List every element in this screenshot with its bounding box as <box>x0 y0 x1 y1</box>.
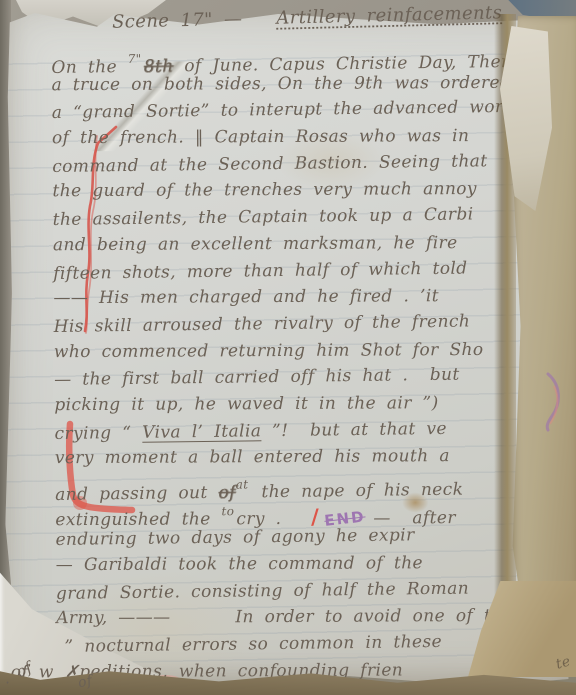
inserted-text: to <box>221 504 234 518</box>
handwritten-text: and being an excellent marksman, he fire <box>53 233 458 255</box>
handwritten-text: —— His men charged and he fired . ’it <box>53 286 439 308</box>
manuscript-line: picking it up, he waved it in the air ”) <box>54 390 506 419</box>
handwritten-text: ” nocturnal errors so common in these <box>64 632 442 657</box>
text-fragment: of <box>76 673 93 692</box>
handwritten-text: Army, ——— In order to avoid one of tho <box>56 606 513 628</box>
handwritten-text: — Garibaldi took the command of the <box>56 553 423 575</box>
manuscript-line: —— His men charged and he fired . ’it <box>53 283 505 312</box>
manuscript-line: of the french. ‖ Captain Rosas who was i… <box>52 123 504 152</box>
manuscript-line: His skill arroused the rivalry of the fr… <box>53 308 505 341</box>
manuscript-line: On the 7"8th of June. Capus Christie Day… <box>51 41 503 74</box>
manuscript-line: and passing out ofat the nape of his nec… <box>55 468 507 501</box>
handwritten-text: His skill arroused the rivalry of the fr… <box>54 311 471 336</box>
inserted-text: 7" <box>128 52 142 66</box>
handwritten-text: ”! but at that ve <box>261 418 447 440</box>
manuscript-line: a “grand Sortie” to interupt the advance… <box>52 94 504 127</box>
manuscript-line: the assailents, the Captain took up a Ca… <box>53 201 505 234</box>
handwritten-text: command at the Second Bastion. Seeing th… <box>52 151 488 177</box>
handwritten-text: picking it up, he waved it in the air ”) <box>54 393 438 415</box>
manuscript-line: — Garibaldi took the command of the <box>56 550 508 579</box>
handwritten-text: the guard of the trenches very much anno… <box>52 179 477 201</box>
handwritten-text: very moment a ball entered his mouth a <box>55 446 450 468</box>
purple-pencil-mark <box>540 372 570 432</box>
manuscript-line: and being an excellent marksman, he fire <box>53 230 505 259</box>
handwritten-text: a truce on both sides, On the 9th was or… <box>52 72 512 94</box>
manuscript-lines: On the 7"8th of June. Capus Christie Day… <box>51 42 509 686</box>
handwritten-text: who commenced returning him Shot for Sho <box>54 339 484 361</box>
handwritten-text: enduring two days of agony he expir <box>55 526 414 551</box>
inserted-text: at <box>236 477 249 491</box>
manuscript-line: enduring two days of agony he expir <box>55 521 507 554</box>
handwritten-text: — the first ball carried off his hat . b… <box>54 365 460 390</box>
manuscript-line: very moment a ball entered his mouth a <box>55 443 507 472</box>
handwritten-text: the assailents, the Captain took up a Ca… <box>53 205 474 231</box>
handwritten-text: of the french. ‖ Captain Rosas who was i… <box>52 126 469 148</box>
handwritten-text: fifteen shots, more than half of which t… <box>53 258 468 283</box>
handwritten-text: crying “ <box>54 422 142 443</box>
manuscript-line: ” nocturnal errors so common in these <box>64 628 508 660</box>
handwritten-text: grand Sortie. consisting of half the Rom… <box>56 578 469 603</box>
scanned-page: Scene 17" —Artillery reinfacements On th… <box>0 0 576 695</box>
handwritten-text: a “grand Sortie” to interupt the advance… <box>52 97 515 123</box>
manuscript-line: — the first ball carried off his hat . b… <box>54 361 506 394</box>
underlined-text: Viva l’ Italia <box>142 421 261 443</box>
scene-label: Scene 17" — <box>112 9 243 33</box>
